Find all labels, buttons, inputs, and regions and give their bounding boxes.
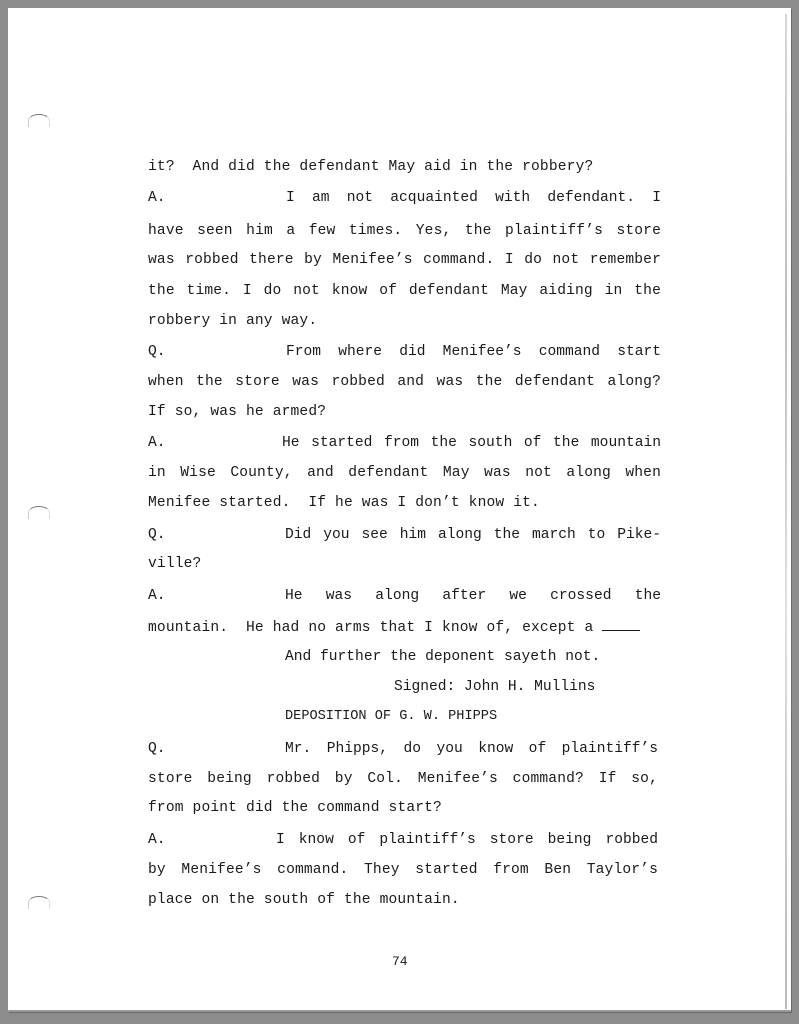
text-line: Menifee started. If he was I don’t know …: [148, 494, 660, 512]
answer-label: A.: [148, 189, 166, 207]
question-label: Q.: [148, 343, 166, 361]
text-line: He was along after we crossed the: [285, 587, 661, 605]
text-line: store being robbed by Col. Menifee’s com…: [148, 770, 658, 788]
text-line: place on the south of the mountain.: [148, 891, 660, 909]
text-line: robbery in any way.: [148, 312, 660, 330]
text-line: it? And did the defendant May aid in the…: [148, 158, 660, 176]
closing-line: And further the deponent sayeth not.: [285, 648, 600, 666]
text-line: in Wise County, and defendant May was no…: [148, 464, 661, 482]
page-bottom-edge: [8, 1010, 791, 1012]
text-line: the time. I do not know of defendant May…: [148, 282, 661, 300]
question-label: Q.: [148, 526, 166, 544]
text-line: I am not acquainted with defendant. I: [286, 189, 661, 207]
text-line: I know of plaintiff’s store being robbed: [276, 831, 658, 849]
text-line: by Menifee’s command. They started from …: [148, 861, 658, 879]
blank-underline: [602, 618, 640, 631]
answer-label: A.: [148, 434, 166, 452]
text-line: Mr. Phipps, do you know of plaintiff’s: [285, 740, 658, 758]
signature-line: Signed: John H. Mullins: [394, 678, 595, 696]
punch-hole-mark: [28, 506, 50, 519]
answer-label: A.: [148, 587, 166, 605]
text-line: If so, was he armed?: [148, 403, 660, 421]
page-edge-shadow: [785, 14, 787, 1009]
page-number: 74: [392, 954, 408, 969]
text-line: when the store was robbed and was the de…: [148, 373, 661, 391]
text-line: From where did Menifee’s command start: [286, 343, 661, 361]
punch-hole-mark: [28, 114, 50, 127]
text-line: from point did the command start?: [148, 799, 660, 817]
section-heading: DEPOSITION OF G. W. PHIPPS: [285, 708, 497, 726]
answer-label: A.: [148, 831, 166, 849]
text-line: have seen him a few times. Yes, the plai…: [148, 222, 661, 240]
text-line: He started from the south of the mountai…: [282, 434, 661, 452]
text-line: mountain. He had no arms that I know of,…: [148, 618, 668, 637]
text-line-content: mountain. He had no arms that I know of,…: [148, 620, 593, 636]
text-line: was robbed there by Menifee’s command. I…: [148, 251, 661, 269]
question-label: Q.: [148, 740, 166, 758]
text-line: Did you see him along the march to Pike-: [285, 526, 661, 544]
punch-hole-mark: [28, 896, 50, 909]
text-line: ville?: [148, 555, 660, 573]
